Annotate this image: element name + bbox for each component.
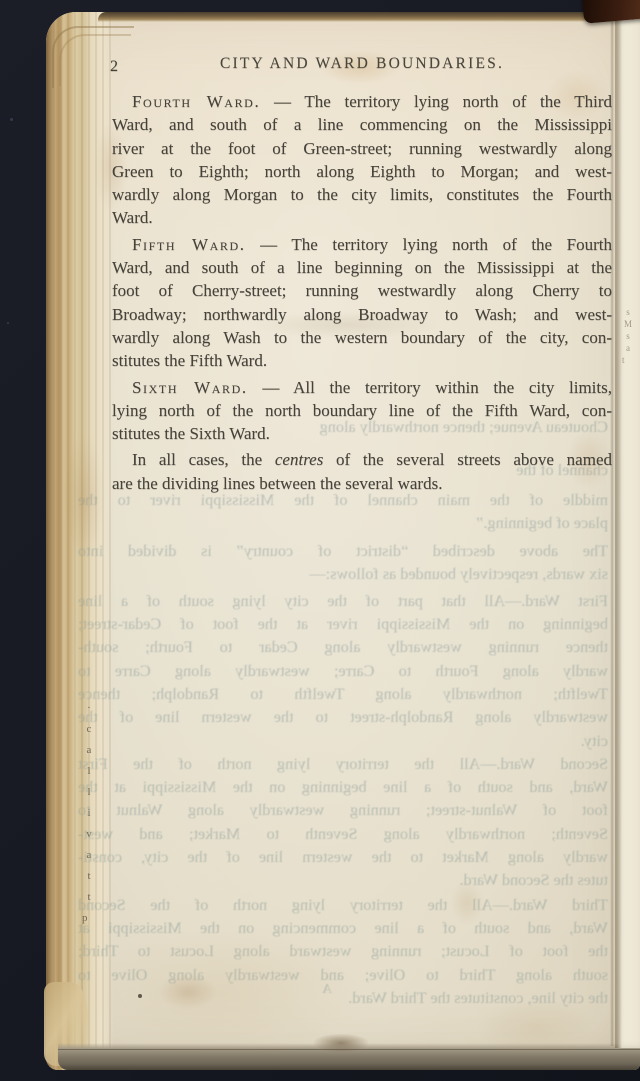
- bleedthrough-signature-mark: A: [322, 982, 332, 998]
- background-speck: [10, 118, 13, 121]
- book-scan-photo: { "page": { "number": "2", "running_titl…: [0, 0, 640, 1081]
- body-paragraphs: Fourth Ward. — The territory lying north…: [112, 90, 612, 495]
- facing-page-text-fragments: sMsat: [622, 306, 634, 366]
- page-header: 2 CITY AND WARD BOUNDARIES.: [112, 52, 612, 76]
- background-speck: [7, 322, 9, 324]
- running-title: CITY AND WARD BOUNDARIES.: [112, 52, 612, 75]
- book-page: Chouteau Avenue; thence northwardly alon…: [46, 12, 640, 1070]
- page-number: 2: [110, 55, 119, 78]
- page-content: 2 CITY AND WARD BOUNDARIES. Fourth Ward.…: [112, 52, 612, 495]
- facing-page-sliver: [615, 18, 640, 1048]
- page-top-edge: [98, 12, 640, 22]
- page-bottom-edge: [58, 1043, 640, 1070]
